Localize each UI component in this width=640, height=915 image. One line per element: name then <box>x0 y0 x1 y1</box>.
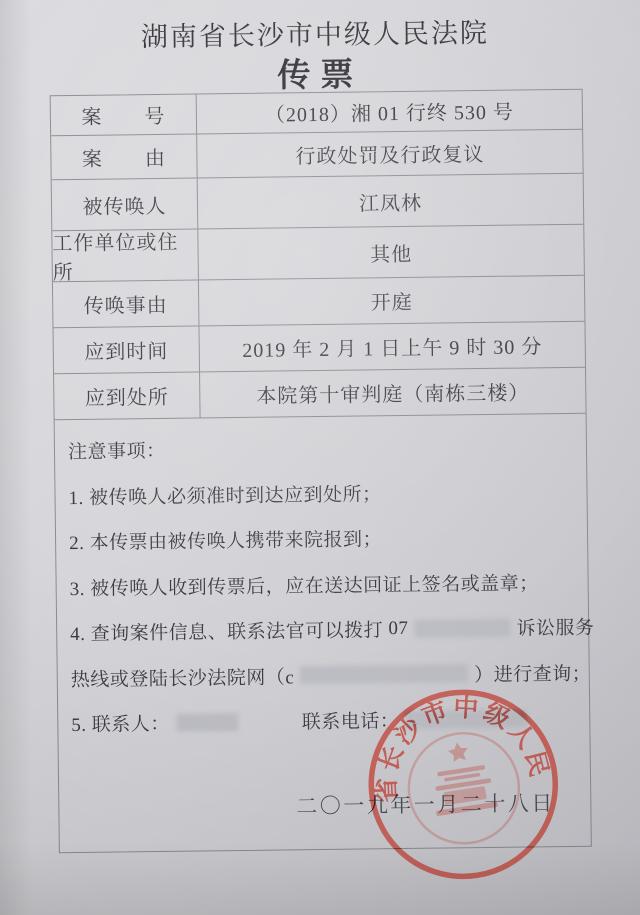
summons-document: 湖南省长沙市中级人民法院 传票 案 号 （2018）湘 01 行终 530 号 … <box>0 0 640 915</box>
row-value: 江凤林 <box>198 174 584 229</box>
notes-item-2: 2. 本传票由被传唤人携带来院报到； <box>69 513 580 565</box>
row-value: 2019 年 2 月 1 日上午 9 时 30 分 <box>199 322 585 372</box>
row-value: 开庭 <box>199 276 585 326</box>
table-row-workplace: 工作单位或住所 其他 <box>52 225 584 282</box>
row-value: 其他 <box>198 225 584 280</box>
redacted-website-url <box>300 664 468 684</box>
table-row-reason: 传唤事由 开庭 <box>53 276 585 328</box>
redacted-contact-name <box>176 713 238 732</box>
phone-visible-digits: 07 <box>388 618 408 640</box>
row-label: 传唤事由 <box>53 280 200 327</box>
row-label: 案 号 <box>51 94 197 135</box>
contact-person-label: 5. 联系人： <box>71 709 170 737</box>
table-row-time: 应到时间 2019 年 2 月 1 日上午 9 时 30 分 <box>53 322 585 374</box>
notes-heading: 注意事项： <box>68 422 579 474</box>
spacer <box>244 721 302 722</box>
redacted-hotline-number <box>414 618 510 637</box>
row-label: 被传唤人 <box>52 178 199 230</box>
photo-background: 湖南省长沙市中级人民法院 传票 案 号 （2018）湘 01 行终 530 号 … <box>0 0 640 915</box>
row-value: （2018）湘 01 行终 530 号 <box>197 90 582 134</box>
row-value: 本院第十审判庭（南栋三楼） <box>200 368 586 418</box>
row-label: 应到处所 <box>54 372 201 419</box>
notes-item-4-line-1: 4. 查询案件信息、联系法官可以拨打 07 诉讼服务 <box>70 604 581 656</box>
notes-item-1: 1. 被传唤人必须准时到达应到处所； <box>68 467 579 519</box>
table-row-place: 应到处所 本院第十审判庭（南栋三楼） <box>54 368 586 420</box>
row-label: 案 由 <box>51 134 198 179</box>
notes-item-4-prefix: 4. 查询案件信息、联系法官可以拨打 <box>70 615 389 646</box>
table-row-summoned-person: 被传唤人 江凤林 <box>52 174 584 231</box>
notes-item-4-line-2-prefix: 热线或登陆长沙法院网（c <box>71 662 295 692</box>
row-value: 行政处罚及行政复议 <box>197 130 582 178</box>
table-row-cause: 案 由 行政处罚及行政复议 <box>51 130 582 180</box>
row-label: 应到时间 <box>53 326 200 373</box>
table-row-case-number: 案 号 （2018）湘 01 行终 530 号 <box>51 90 582 136</box>
national-emblem-icon <box>401 726 526 851</box>
row-label: 工作单位或住所 <box>52 229 199 281</box>
notes-item-4-after-phone: 诉讼服务 <box>516 613 594 641</box>
notes-item-3: 3. 被传唤人收到传票后，应在送达回证上签名或盖章； <box>69 558 580 610</box>
court-seal-stamp: 湖南省长沙市中级人民法院 <box>346 670 582 911</box>
